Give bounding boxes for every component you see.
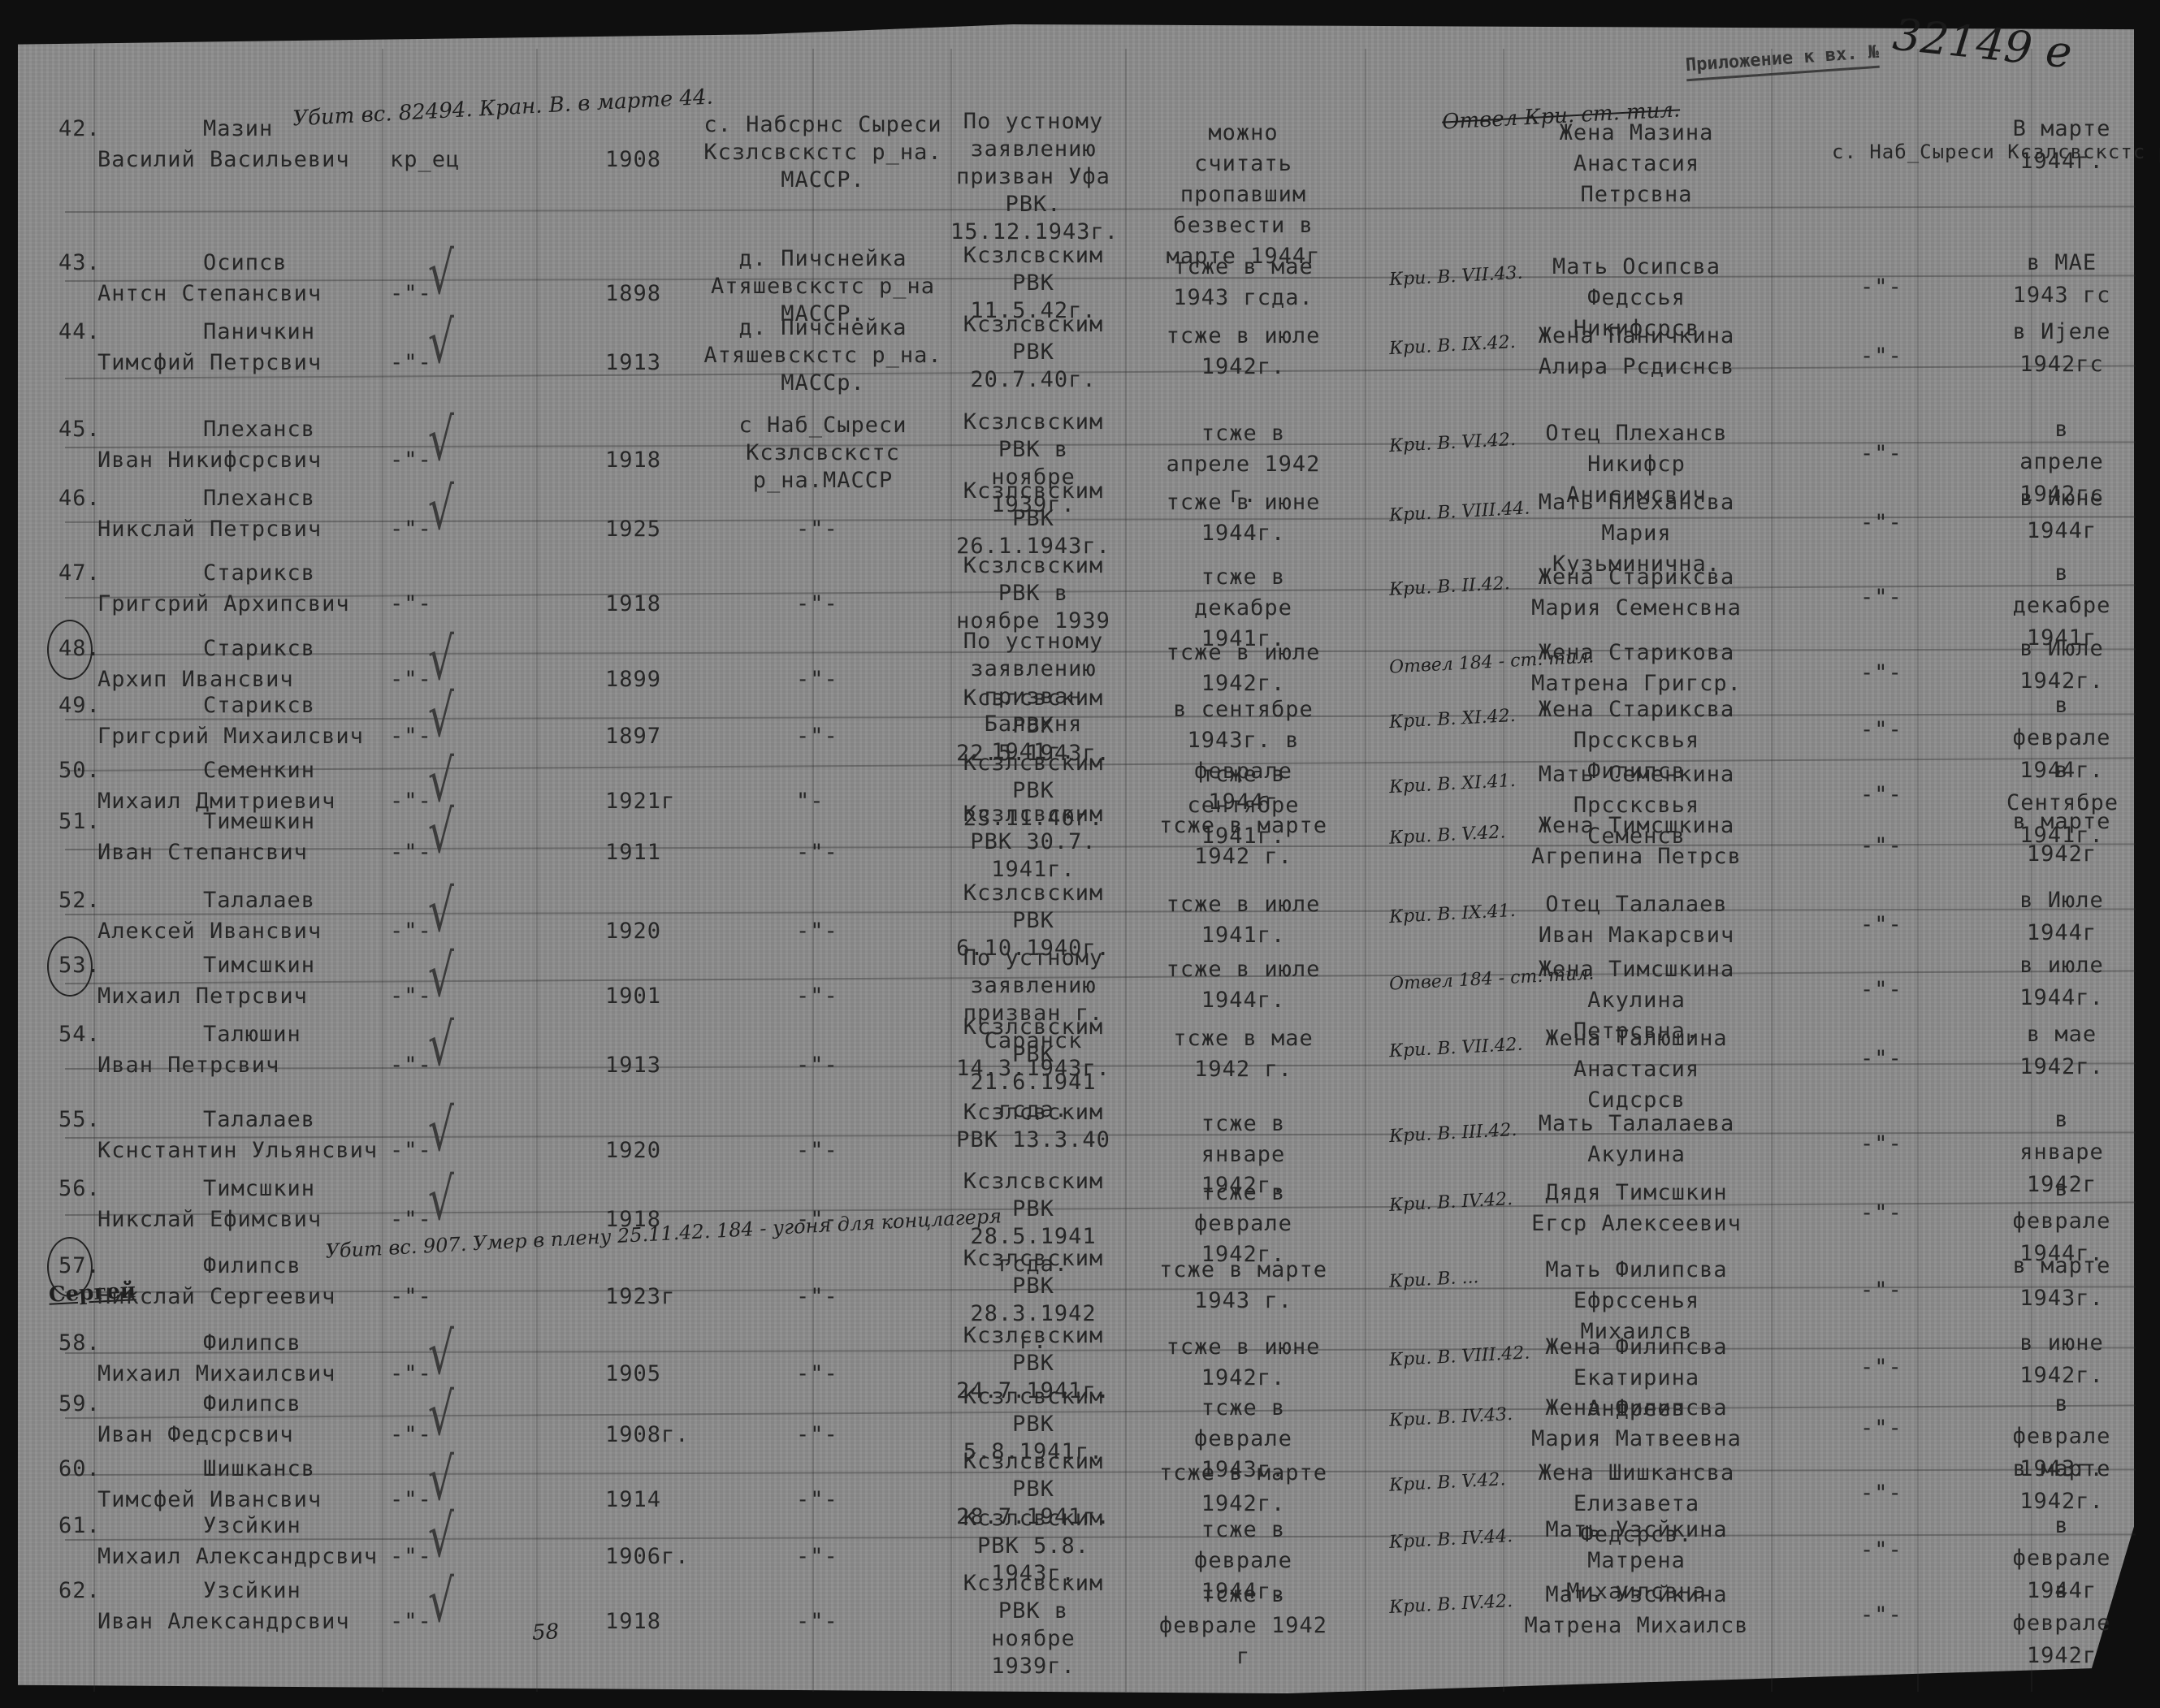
circle-mark-icon: [47, 936, 93, 997]
rank-ditto: -"-: [390, 1286, 432, 1308]
birth-year: 1918: [605, 1611, 661, 1632]
check-mark-icon: √: [428, 1015, 454, 1074]
birthplace: -"-: [796, 1209, 838, 1230]
notice-date: в МАЕ 1943 гс: [2006, 247, 2117, 312]
missing-since: тсже в июне 1942г.: [1154, 1332, 1333, 1394]
surname: Тимешкин: [203, 811, 315, 832]
rank-ditto: -"-: [390, 920, 432, 942]
birthplace: -"-: [796, 1546, 838, 1567]
row-number: 59.: [58, 1393, 101, 1415]
rank-ditto: -"-: [390, 1424, 432, 1446]
rank-ditto: -"-: [390, 1489, 432, 1511]
relative-address: -"-: [1860, 1356, 1902, 1378]
relative-address: -"-: [1860, 512, 1902, 534]
check-mark-icon: √: [428, 802, 454, 861]
missing-since: тсже в июле 1944г.: [1154, 954, 1333, 1016]
next-of-kin: Жена Стариксва Мария Семенсвна: [1519, 562, 1754, 624]
circle-mark-icon: [47, 620, 93, 680]
row-number: 62.: [58, 1580, 101, 1602]
birth-year: 1906г.: [605, 1546, 690, 1567]
birth-year: 1898: [605, 283, 661, 305]
table-column-rule: [1503, 49, 1504, 1692]
relative-address: -"-: [1860, 719, 1902, 741]
first-name-patronymic: Никслай Ефимсвич: [97, 1209, 322, 1230]
surname: Плехансв: [203, 418, 315, 440]
relative-address: -"-: [1860, 345, 1902, 367]
notice-date: в марте 1942г: [2006, 806, 2117, 871]
birthplace: -"-: [796, 841, 838, 863]
rank-ditto: -"-: [390, 1546, 432, 1567]
next-of-kin: Жена Паничкина Алира Рсдиснсв: [1519, 321, 1754, 383]
relative-address: -"-: [1860, 443, 1902, 465]
rank-ditto: -"-: [390, 985, 432, 1007]
table-column-rule: [536, 49, 538, 1692]
surname: Тимсшкин: [203, 954, 315, 976]
notice-date: в Июле 1942г.: [2006, 633, 2117, 698]
check-mark-icon: √: [428, 410, 454, 469]
relative-address: -"-: [1860, 1133, 1902, 1155]
surname: Талалаев: [203, 889, 315, 911]
first-name-patronymic: Михаил Александрсвич: [97, 1546, 378, 1567]
birth-year: 1918: [605, 1209, 661, 1230]
birthplace: -"-: [796, 1611, 838, 1632]
birthplace: -"-: [796, 725, 838, 747]
notice-date: в марте 1942г.: [2006, 1453, 2117, 1518]
birth-year: 1920: [605, 1139, 661, 1161]
missing-since: можно считать пропавшим безвести в марте…: [1154, 118, 1333, 272]
birth-year: 1921г: [605, 790, 675, 812]
relative-address: -"-: [1860, 914, 1902, 936]
notice-date: в Июле 1944г: [2006, 884, 2117, 949]
check-mark-icon: √: [428, 479, 454, 538]
rank-ditto: -"-: [390, 725, 432, 747]
notice-date: в феврале 1942г: [2006, 1575, 2117, 1672]
missing-since: тсже в марте 1942 г.: [1154, 811, 1333, 872]
birth-year: 1913: [605, 1054, 661, 1076]
table-column-rule: [1365, 49, 1366, 1692]
row-number: 43.: [58, 252, 101, 274]
relative-address: -"-: [1860, 1539, 1902, 1561]
surname: Узсйкин: [203, 1515, 301, 1537]
row-number: 55.: [58, 1109, 101, 1131]
first-name-patronymic: Иван Степансвич: [97, 841, 308, 863]
rank-ditto: -"-: [390, 283, 432, 305]
enlistment-office: Ксзлсвским РВК 20.7.40г.: [950, 311, 1116, 394]
surname: Стариксв: [203, 638, 315, 659]
notice-date: в Июне 1944г: [2006, 482, 2117, 547]
first-name-patronymic: Архип Ивансвич: [97, 668, 294, 690]
check-mark-icon: √: [428, 946, 454, 1005]
relative-address: -"-: [1860, 1048, 1902, 1070]
row-number: 42.: [58, 118, 101, 140]
birthplace: -"-: [796, 1139, 838, 1161]
next-of-kin: Жена Старикова Матрена Григср.: [1519, 638, 1754, 699]
birth-year: 1899: [605, 668, 661, 690]
enlistment-office: Ксзлсвским РВК в ноябре 1939: [950, 552, 1116, 635]
surname: Талалаев: [203, 1109, 315, 1131]
row-number: 61.: [58, 1515, 101, 1537]
surname: Филипсв: [203, 1332, 301, 1354]
surname: Тимсшкин: [203, 1178, 315, 1200]
row-number: 47.: [58, 562, 101, 584]
missing-since: тсже в мае 1943 гсда.: [1154, 252, 1333, 313]
table-column-rule: [1917, 49, 1919, 1692]
birthplace: -"-: [796, 668, 838, 690]
check-mark-icon: √: [428, 1450, 454, 1508]
birthplace: -"-: [796, 1363, 838, 1385]
first-name-patronymic: Григсрий Архипсвич: [97, 593, 350, 615]
enlistment-office: Ксзлсвским РВК в ноябре 1939г.: [950, 1570, 1116, 1680]
surname: Паничкин: [203, 321, 315, 343]
next-of-kin: Жена Тимсшкина Агрепина Петрсв: [1519, 811, 1754, 872]
first-name-patronymic: Антсн Степансвич: [97, 283, 322, 305]
missing-since: тсже в феврале 1942 г: [1154, 1580, 1333, 1672]
check-mark-icon: √: [428, 1572, 454, 1630]
row-number: 50.: [58, 759, 101, 781]
row-number: 58.: [58, 1332, 101, 1354]
missing-since: тсже в мае 1942 г.: [1154, 1023, 1333, 1085]
rank-ditto: -"-: [390, 1611, 432, 1632]
birth-year: 1908: [605, 149, 661, 171]
birthplace: с Наб_Сыреси Ксзлсвскстс р_на.МАССР: [699, 412, 947, 495]
relative-address: -"-: [1860, 662, 1902, 684]
birthplace: д. Пичснейка Атяшевскстс р_на. МАССр.: [699, 314, 947, 397]
check-mark-icon: √: [428, 1100, 454, 1159]
relative-address: -"-: [1860, 979, 1902, 1001]
next-of-kin: Жена Мазина Анастасия Петрсвна: [1519, 118, 1754, 210]
enlistment-office: Ксзлсвским РВК 26.1.1943г.: [950, 478, 1116, 560]
surname: Филипсв: [203, 1393, 301, 1415]
birthplace: "-: [796, 790, 825, 812]
rank-ditto: -"-: [390, 841, 432, 863]
birthplace: -"-: [796, 1424, 838, 1446]
table-column-rule: [382, 49, 383, 1692]
birth-year: 1925: [605, 518, 661, 540]
birth-year: 1913: [605, 352, 661, 374]
next-of-kin: Жена Талюшина Анастасия Сидсрсв: [1519, 1023, 1754, 1116]
birthplace: с. Набсрнс Сыреси Ксзлсвскстс р_на. МАСС…: [699, 111, 947, 194]
first-name-patronymic: Михаил Михаилсвич: [97, 1363, 335, 1385]
notice-date: в июле 1944г.: [2006, 949, 2117, 1014]
row-number: 49.: [58, 694, 101, 716]
check-mark-icon: √: [428, 629, 454, 688]
birthplace: -"-: [796, 985, 838, 1007]
notice-date: в мае 1942г.: [2006, 1018, 2117, 1083]
relative-address: -"-: [1860, 276, 1902, 298]
rank-ditto: -"-: [390, 518, 432, 540]
surname: Шишкансв: [203, 1458, 315, 1480]
birth-year: 1905: [605, 1363, 661, 1385]
enlistment-office: Ксзлсвским РВК 13.3.40: [950, 1099, 1116, 1154]
surname: Стариксв: [203, 562, 315, 584]
first-name-patronymic: Григсрий Михаилсвич: [97, 725, 364, 747]
missing-since: тсже в июле 1941г.: [1154, 889, 1333, 951]
next-of-kin: Мать Талалаева Акулина: [1519, 1109, 1754, 1170]
rank-ditto: -"-: [390, 1363, 432, 1385]
table-column-rule: [93, 49, 95, 1692]
relative-address: -"-: [1860, 1417, 1902, 1439]
rank-ditto: -"-: [390, 352, 432, 374]
surname: Старикcв: [203, 694, 315, 716]
row-number: 51.: [58, 811, 101, 832]
row-number: 52.: [58, 889, 101, 911]
surname: Филипсв: [203, 1255, 301, 1277]
rank-ditto: -"-: [390, 1139, 432, 1161]
first-name-patronymic: Иван Петрсвич: [97, 1054, 279, 1076]
surname: Семенкин: [203, 759, 315, 781]
birthplace: -"-: [796, 1054, 838, 1076]
birthplace: -"-: [796, 920, 838, 942]
notice-date: в марте 1943г.: [2006, 1250, 2117, 1315]
first-name-patronymic: Тимсфей Ивансвич: [97, 1489, 322, 1511]
first-name-patronymic: Никслай Петрсвич: [97, 518, 322, 540]
birthplace: -"-: [796, 518, 838, 540]
first-name-patronymic: Василий Васильевич: [97, 149, 350, 171]
surname: Плехансв: [203, 487, 315, 509]
surname: Узсйкин: [203, 1580, 301, 1602]
relative-address: -"-: [1860, 1279, 1902, 1301]
next-of-kin: Жена Филипсва Мария Матвеевна: [1519, 1393, 1754, 1455]
birthplace: -"-: [796, 1286, 838, 1308]
check-mark-icon: √: [428, 1170, 454, 1228]
relative-address: -"-: [1860, 1482, 1902, 1504]
row-number: 60.: [58, 1458, 101, 1480]
rank-ditto: -"-: [390, 449, 432, 471]
birth-year: 1908г.: [605, 1424, 690, 1446]
first-name-patronymic: Алексей Ивансвич: [97, 920, 322, 942]
missing-since: тсже в июле 1942г.: [1154, 638, 1333, 699]
row-number: 45.: [58, 418, 101, 440]
archive-letter: е: [2043, 24, 2074, 78]
relative-address: -"-: [1860, 1202, 1902, 1224]
next-of-kin: Мать Узсйкина Матрена Михаилсв: [1519, 1580, 1754, 1641]
birthplace: -"-: [796, 593, 838, 615]
birth-year: 1920: [605, 920, 661, 942]
table-column-rule: [1125, 49, 1127, 1692]
birth-year: 1923г: [605, 1286, 675, 1308]
circle-mark-icon: [47, 1237, 93, 1297]
check-mark-icon: √: [428, 313, 454, 371]
notice-date: в Иjеле 1942гс: [2006, 316, 2117, 381]
rank-ditto: -"-: [390, 668, 432, 690]
surname: Осипсв: [203, 252, 288, 274]
first-name-patronymic: Иван Никифсрсвич: [97, 449, 322, 471]
rank-ditto: -"-: [390, 1209, 432, 1230]
notice-date: в июне 1942г.: [2006, 1327, 2117, 1392]
next-of-kin: Дядя Тимсшкин Егср Алексеевич: [1519, 1178, 1754, 1239]
relative-address: -"-: [1860, 835, 1902, 857]
check-mark-icon: √: [428, 881, 454, 940]
row-number: 46.: [58, 487, 101, 509]
row-number: 54.: [58, 1023, 101, 1045]
row-number: 56.: [58, 1178, 101, 1200]
first-name-patronymic: Иван Александрсвич: [97, 1611, 350, 1632]
first-name-patronymic: Кснстантин Ульянсвич: [97, 1139, 378, 1161]
first-name-patronymic: Тимсфий Петрсвич: [97, 352, 322, 374]
surname: Талюшин: [203, 1023, 301, 1045]
birth-year: 1897: [605, 725, 661, 747]
relative-address: -"-: [1860, 586, 1902, 608]
birth-year: 1918: [605, 593, 661, 615]
birth-year: 1914: [605, 1489, 661, 1511]
enlistment-office: Ксзлсвским РВК 30.7. 1941г.: [950, 801, 1116, 884]
next-of-kin: Отец Талалаев Иван Макарсвич: [1519, 889, 1754, 951]
surname: Мазин: [203, 118, 273, 140]
birth-year: 1901: [605, 985, 661, 1007]
rank-ditto: кр_ец: [390, 149, 460, 171]
rank-ditto: -"-: [390, 1054, 432, 1076]
check-mark-icon: √: [428, 1385, 454, 1443]
notice-date: В марте 1944г.: [2006, 113, 2117, 178]
check-mark-icon: √: [428, 1507, 454, 1565]
rank-ditto: -"-: [390, 593, 432, 615]
check-mark-icon: √: [428, 244, 454, 302]
missing-since: тсже в июле 1942г.: [1154, 321, 1333, 383]
first-name-patronymic: Михаил Петрсвич: [97, 985, 308, 1007]
missing-since: тсже в марте 1942г.: [1154, 1458, 1333, 1520]
birth-year: 1918: [605, 449, 661, 471]
check-mark-icon: √: [428, 1324, 454, 1382]
enlistment-office: По устному заявлению призван Уфа РВК. 15…: [950, 108, 1116, 246]
table-column-rule: [1771, 49, 1773, 1692]
birthplace: -"-: [796, 1489, 838, 1511]
birth-year: 1911: [605, 841, 661, 863]
check-mark-icon: √: [428, 686, 454, 745]
first-name-patronymic: Иван Федсрсвич: [97, 1424, 294, 1446]
missing-since: тсже в июне 1944г.: [1154, 487, 1333, 549]
missing-since: тсже в марте 1943 г.: [1154, 1255, 1333, 1317]
relative-address: -"-: [1860, 784, 1902, 806]
relative-address: -"-: [1860, 1604, 1902, 1626]
first-name-patronymic: Никслай Сергеевич: [97, 1286, 335, 1308]
rank-ditto: -"-: [390, 790, 432, 812]
row-number: 44.: [58, 321, 101, 343]
